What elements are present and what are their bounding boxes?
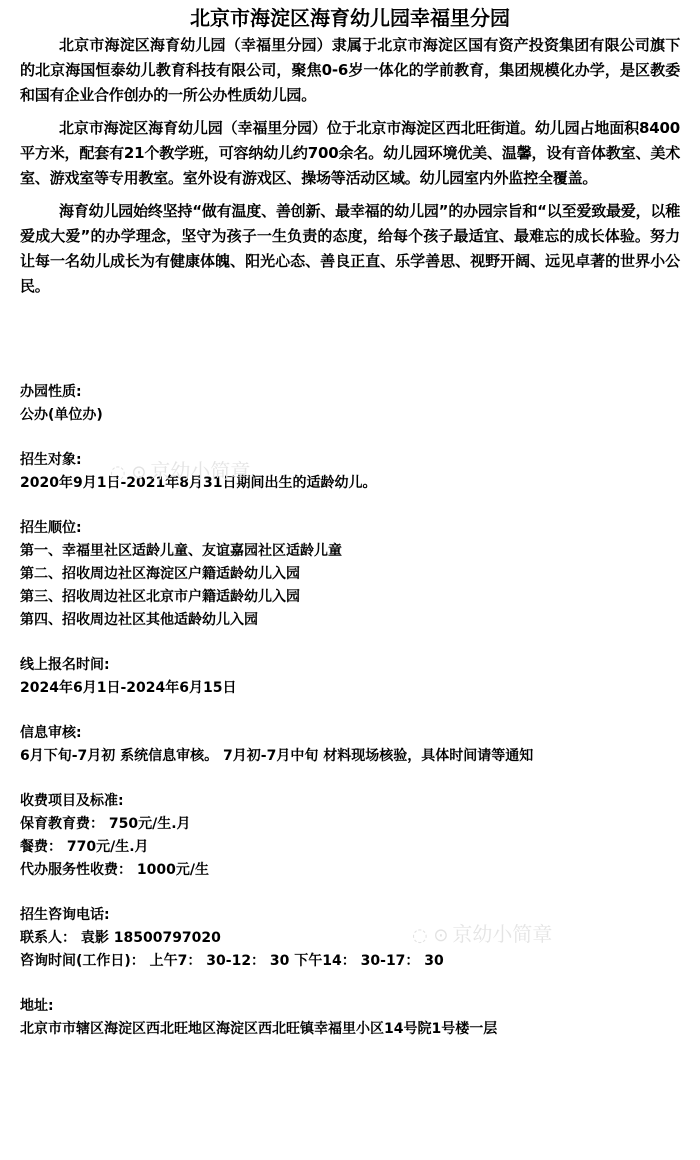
section-label: 线上报名时间: [20,654,680,677]
section-value: 6月下旬-7月初 系统信息审核。 7月初-7月中旬 材料现场核验，具体时间请等通… [20,745,680,768]
section-school-nature: 办园性质: 公办(单位办) [20,381,680,427]
section-fees: 收费项目及标准: 保育教育费： 750元/生.月 餐费： 770元/生.月 代办… [20,790,680,882]
section-label: 招生咨询电话: [20,904,680,927]
contact-hours: 咨询时间(工作日)： 上午7： 30-12： 30 下午14： 30-17： 3… [20,950,680,973]
section-label: 收费项目及标准: [20,790,680,813]
section-value: 2020年9月1日-2021年8月31日期间出生的适龄幼儿。 [20,472,680,495]
address-value: 北京市市辖区海淀区西北旺地区海淀区西北旺镇幸福里小区14号院1号楼一层 [20,1018,680,1041]
section-enrollment-target: 招生对象: 2020年9月1日-2021年8月31日期间出生的适龄幼儿。 [20,449,680,495]
section-info-review: 信息审核: 6月下旬-7月初 系统信息审核。 7月初-7月中旬 材料现场核验，具… [20,722,680,768]
section-label: 招生顺位: [20,517,680,540]
contact-person: 联系人： 袁影 18500797020 [20,927,680,950]
priority-item-3: 第三、招收周边社区北京市户籍适龄幼儿入园 [20,586,680,609]
section-enrollment-priority: 招生顺位: 第一、幸福里社区适龄儿童、友谊嘉园社区适龄儿童 第二、招收周边社区海… [20,517,680,632]
priority-item-2: 第二、招收周边社区海淀区户籍适龄幼儿入园 [20,563,680,586]
priority-item-4: 第四、招收周边社区其他适龄幼儿入园 [20,609,680,632]
section-label: 信息审核: [20,722,680,745]
intro-paragraph-1: 北京市海淀区海育幼儿园（幸福里分园）隶属于北京市海淀区国有资产投资集团有限公司旗… [20,33,680,108]
page-title: 北京市海淀区海育幼儿园幸福里分园 [20,3,680,33]
section-label: 办园性质: [20,381,680,404]
section-online-registration: 线上报名时间: 2024年6月1日-2024年6月15日 [20,654,680,700]
intro-paragraph-3: 海育幼儿园始终坚持“做有温度、善创新、最幸福的幼儿园”的办园宗旨和“以至爱致最爱… [20,199,680,299]
intro-paragraph-2: 北京市海淀区海育幼儿园（幸福里分园）位于北京市海淀区西北旺街道。幼儿园占地面积8… [20,116,680,191]
fee-item-1: 保育教育费： 750元/生.月 [20,813,680,836]
priority-item-1: 第一、幸福里社区适龄儿童、友谊嘉园社区适龄儿童 [20,540,680,563]
section-value: 公办(单位办) [20,404,680,427]
document-page: 北京市海淀区海育幼儿园幸福里分园 北京市海淀区海育幼儿园（幸福里分园）隶属于北京… [20,0,680,307]
section-contact: 招生咨询电话: 联系人： 袁影 18500797020 咨询时间(工作日)： 上… [20,904,680,973]
info-sections: 办园性质: 公办(单位办) 招生对象: 2020年9月1日-2021年8月31日… [20,381,680,1063]
section-value: 2024年6月1日-2024年6月15日 [20,677,680,700]
fee-item-3: 代办服务性收费： 1000元/生 [20,859,680,882]
section-address: 地址: 北京市市辖区海淀区西北旺地区海淀区西北旺镇幸福里小区14号院1号楼一层 [20,995,680,1041]
fee-item-2: 餐费： 770元/生.月 [20,836,680,859]
section-label: 地址: [20,995,680,1018]
section-label: 招生对象: [20,449,680,472]
